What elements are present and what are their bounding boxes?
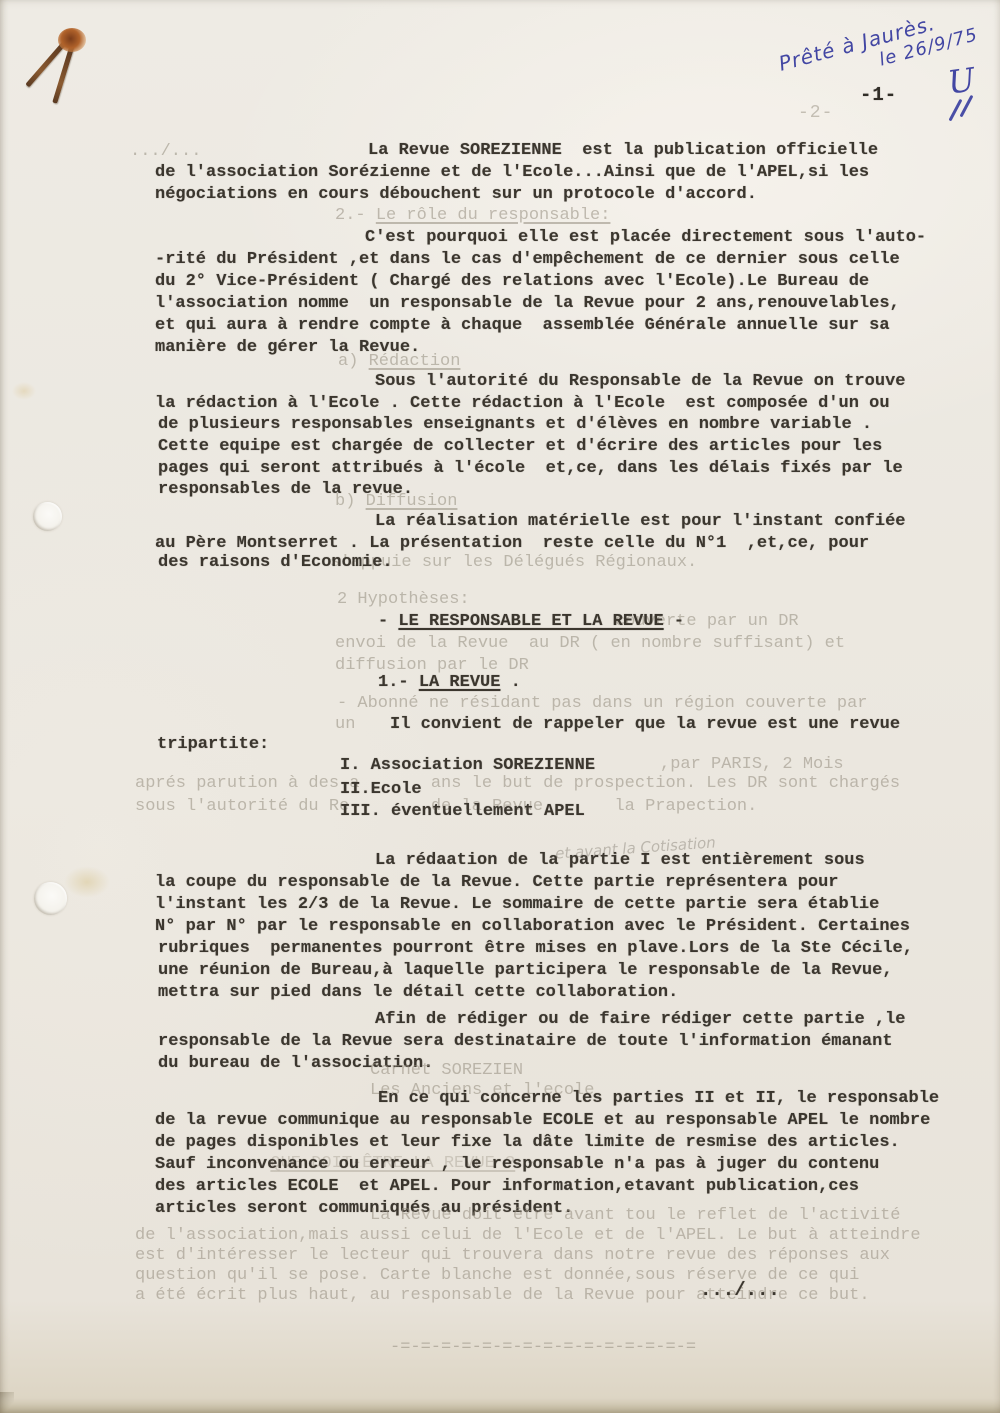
text-line-57: des articles ECOLE et APEL. Pour informa… [155, 1177, 859, 1197]
foxing-stain [64, 866, 110, 898]
rusty-staple [20, 20, 110, 130]
rust-stain [58, 28, 86, 52]
text-line-2: de l'association Sorézienne et de l'Ecol… [155, 163, 869, 183]
corner-curl [0, 1392, 14, 1413]
text-line-50: Carnet SOREZIEN [370, 1061, 523, 1081]
text-line-33: ,par PARIS, 2 Mois [660, 755, 844, 775]
text-line-4: 2.- Le rôle du responsable: [335, 206, 610, 226]
text-line-43: N° par N° par le responsable en collabor… [155, 917, 910, 937]
text-line-14: de plusieurs responsables enseignants et… [158, 415, 872, 435]
text-line-52: En ce qui concerne les parties II et II,… [378, 1089, 939, 1109]
text-line-22: des raisons d'Economie. [158, 553, 393, 573]
text-line-48: responsable de la Revue sera destinatair… [158, 1032, 893, 1052]
text-line-9: et qui aura à rendre compte à chaque ass… [155, 316, 890, 336]
punch-hole [34, 882, 67, 915]
text-line-18: b) Diffusion [335, 492, 457, 512]
text-line-13: la rédaction à l'Ecole . Cette rédaction… [155, 394, 890, 414]
text-line-1: La Revue SOREZIENNE est la publication o… [368, 141, 878, 161]
text-line-46: mettra sur pied dans le détail cette col… [158, 983, 678, 1003]
text-line-59: La Revue doit être avant tou le reflet d… [370, 1206, 901, 1226]
foxing-stain [12, 382, 36, 400]
text-line-11: a) Rédaction [338, 352, 460, 372]
page-number: -1- [860, 84, 897, 106]
text-line-16: pages qui seront attribués à l'école et,… [158, 459, 903, 479]
text-line-40: La rédaation de la partie I est entièrem… [375, 851, 865, 871]
text-line-23: 2 Hypothèses: [337, 590, 470, 610]
text-line-20: au Père Montserret . La présentation res… [155, 534, 869, 554]
punch-hole [33, 502, 62, 531]
text-line-65: -=-=-=-=-=-=-=-=-=-=-=-=-=-=-= [390, 1338, 696, 1358]
text-line-5: C'est pourquoi elle est placée directeme… [365, 228, 926, 248]
text-line-3: négociations en cours débouchent sur un … [155, 185, 757, 205]
text-line-7: du 2° Vice-Président ( Chargé des relati… [155, 272, 869, 292]
text-line-26: envoi de la Revue au DR ( en nombre suff… [335, 634, 845, 654]
text-line-28: 1.- LA REVUE . [378, 673, 521, 693]
document-page: Prêté à Jaurès. le 26/9/75 U -1- -2- ...… [0, 0, 1000, 1413]
text-line-44: rubriques permanentes pourront être mise… [158, 939, 913, 959]
text-line-34: I. Association SOREZIENNE [340, 756, 595, 776]
text-line-60: de l'association,mais aussi celui de l'E… [135, 1226, 921, 1246]
text-line-19: La réalisation matérielle est pour l'ins… [375, 512, 906, 532]
text-line-61: est d'intéresser le lecteur qui trouvera… [135, 1246, 890, 1266]
text-line-8: l'association nomme un responsable de la… [155, 294, 900, 314]
ghost-page-number: -2- [798, 103, 833, 123]
text-line-45: une réunion de Bureau,à laquelle partici… [158, 961, 893, 981]
text-line-12: Sous l'autorité du Responsable de la Rev… [375, 372, 906, 392]
text-line-38: III. éventuellement APEL [340, 802, 585, 822]
text-line-53: de la revue communique au responsable EC… [155, 1111, 930, 1131]
text-line-42: l'instant les 2/3 de la Revue. Le sommai… [155, 895, 879, 915]
text-line-41: la coupe du responsable de la Revue. Cet… [155, 873, 839, 893]
text-line-56: Sauf inconvenance ou erreur , le respons… [155, 1155, 879, 1175]
text-line-29: - Abonné ne résidant pas dans un région … [337, 694, 868, 714]
text-line-30: un [335, 715, 355, 735]
text-line-64: .../... [700, 1280, 780, 1300]
text-line-6: -rité du Président ,et dans le cas d'emp… [155, 250, 900, 270]
text-line-35: aprés parution à des a ans le but de pro… [135, 774, 900, 794]
text-line-25: - LE RESPONSABLE ET LA REVUE - [378, 612, 684, 632]
handwriting-flourish [949, 99, 962, 121]
text-line-15: Cette equipe est chargée de collecter et… [158, 437, 882, 457]
text-line-54: de pages disponibles et leur fixe la dât… [155, 1133, 900, 1153]
text-line-47: Afin de rédiger ou de faire rédiger cett… [375, 1010, 906, 1030]
text-line-32: tripartite: [157, 735, 269, 755]
text-line-0: .../... [130, 142, 201, 162]
text-line-31: Il convient de rappeler que la revue est… [390, 715, 900, 735]
